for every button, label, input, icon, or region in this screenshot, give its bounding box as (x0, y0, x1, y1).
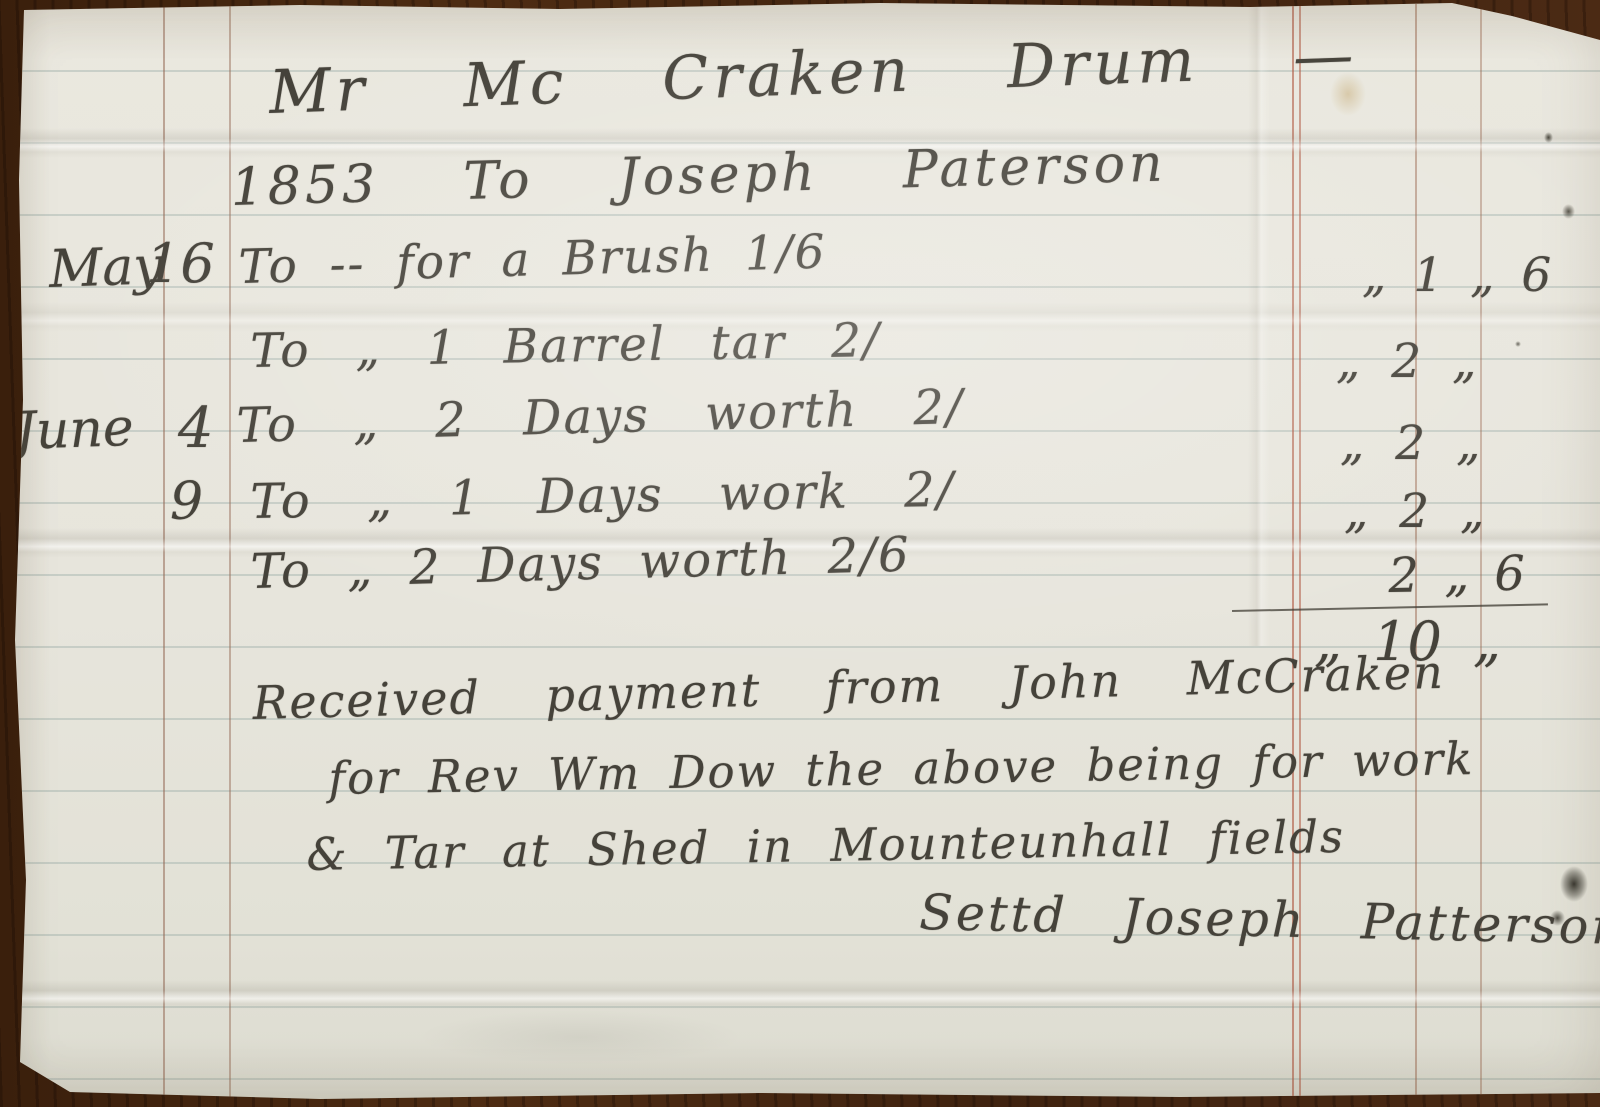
ink-speck (1544, 132, 1553, 143)
smudge (420, 1010, 740, 1064)
entry-day: 9 (170, 472, 203, 532)
vertical-crease (1248, 6, 1270, 646)
entry-month: June (14, 398, 135, 462)
entry-description: To „ 1 Barrel tar 2/ (250, 313, 881, 379)
entry-amount: „ 2 „ (1340, 416, 1480, 471)
entry-day: 16 (146, 232, 215, 295)
fold-crease (0, 980, 1600, 1010)
entry-amount: „ 1 „ 6 (1362, 248, 1551, 303)
entry-amount: 2 „ 6 (1388, 546, 1525, 604)
entry-amount: „ 2 „ (1344, 484, 1484, 539)
entry-day: 4 (178, 396, 214, 461)
entry-amount: „ 2 „ (1336, 334, 1476, 389)
ink-speck (1562, 204, 1575, 219)
ink-speck (1515, 341, 1521, 347)
ledger-paper: Mr Mc Craken Drum — 1853 To Joseph Pater… (0, 0, 1600, 1107)
photo-background: { "page_title": "Handwritten receipt 185… (0, 0, 1600, 1107)
